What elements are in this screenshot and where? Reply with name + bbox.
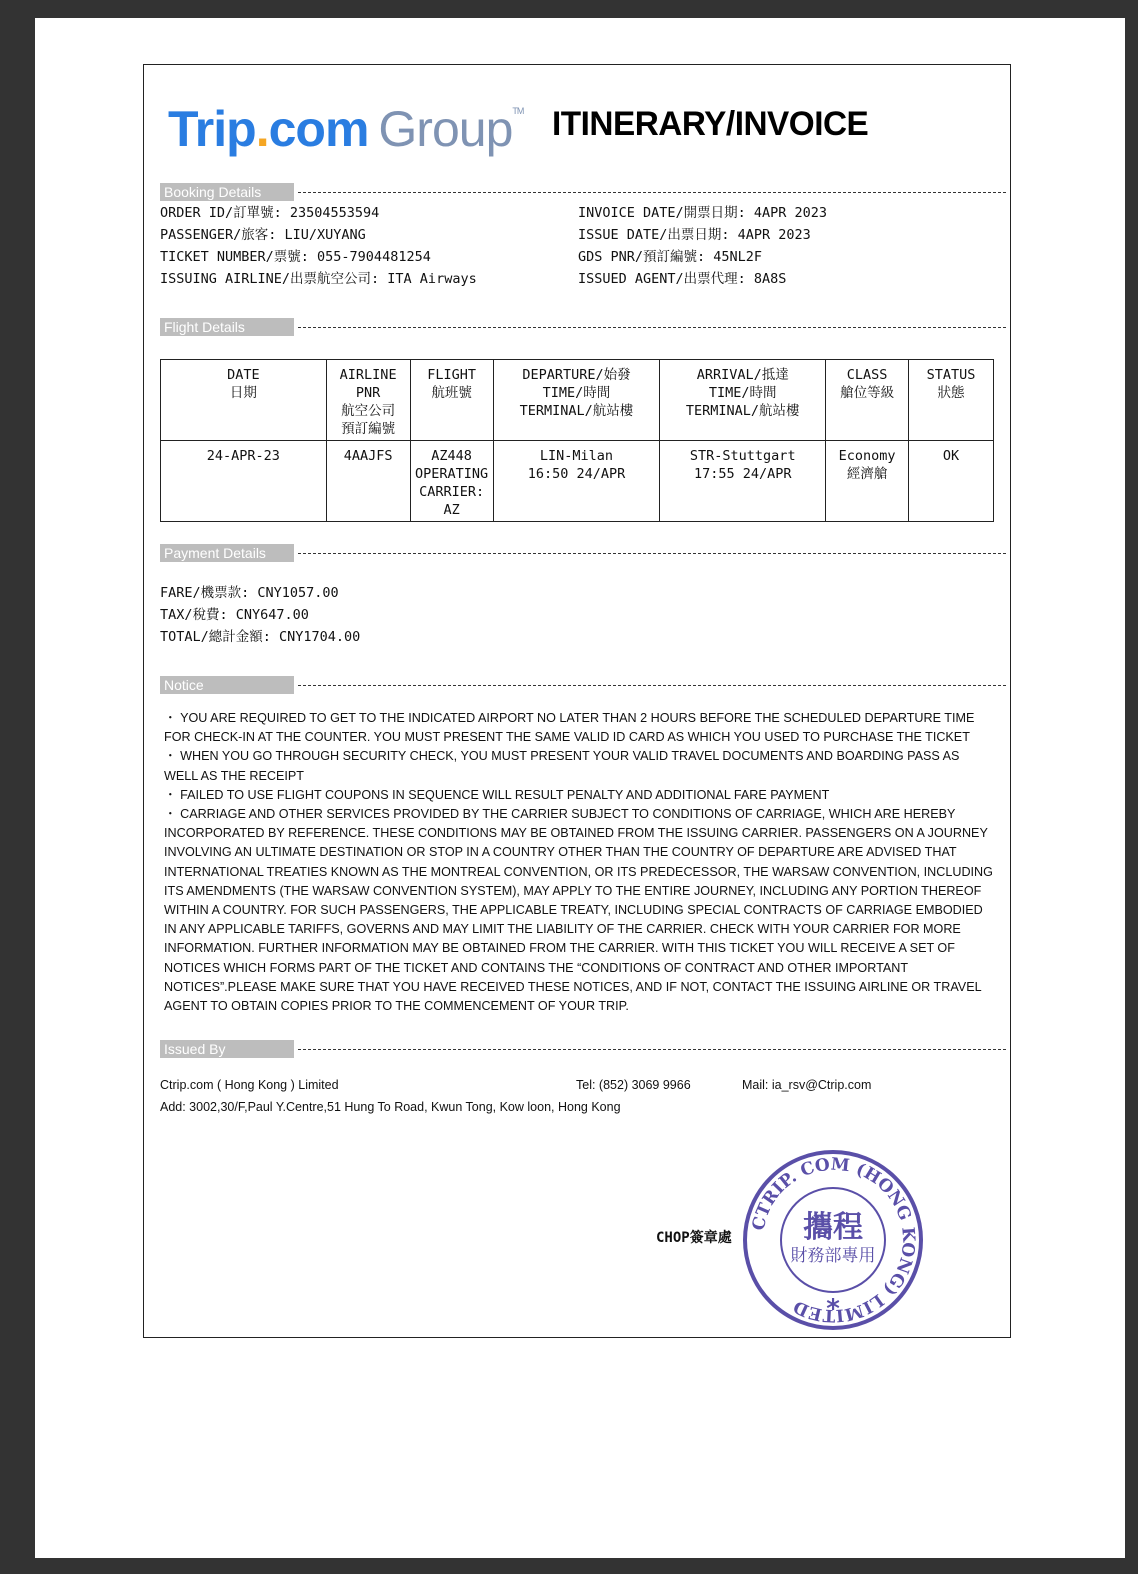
section-label: Notice [160, 676, 294, 694]
column-header: DATE日期 [161, 360, 327, 441]
column-header: DEPARTURE/始發TIME/時間TERMINAL/航站樓 [493, 360, 660, 441]
table-cell: OK [909, 441, 994, 522]
column-header: AIRLINEPNR航空公司預訂編號 [326, 360, 410, 441]
flight-table: DATE日期AIRLINEPNR航空公司預訂編號FLIGHT航班號DEPARTU… [160, 359, 994, 522]
issuer-company: Ctrip.com ( Hong Kong ) Limited [160, 1078, 339, 1092]
column-header: CLASS艙位等級 [826, 360, 909, 441]
table-cell: STR-Stuttgart17:55 24/APR [660, 441, 826, 522]
fare: FARE/機票款: CNY1057.00 [160, 581, 339, 601]
section-payment-details: Payment Details [160, 544, 988, 562]
dashed-divider [298, 553, 1006, 554]
section-issued-by: Issued By [160, 1040, 988, 1058]
document-title: ITINERARY/INVOICE [552, 105, 868, 144]
chop-label: CHOP簽章處 [656, 1227, 732, 1247]
trip-com-group-logo: Trip.comGroupTM [168, 83, 523, 157]
table-row: 24-APR-234AAJFSAZ448OPERATINGCARRIER:AZL… [161, 441, 994, 522]
dashed-divider [298, 1049, 1006, 1050]
svg-text:攜程: 攜程 [803, 1210, 863, 1245]
total: TOTAL/總計金額: CNY1704.00 [160, 625, 360, 645]
gds-pnr: GDS PNR/預訂編號: 45NL2F [578, 245, 762, 265]
logo-trademark: TM [512, 106, 523, 116]
section-label: Booking Details [160, 183, 294, 201]
section-label: Issued By [160, 1040, 294, 1058]
dashed-divider [298, 327, 1006, 328]
invoice-date: INVOICE DATE/開票日期: 4APR 2023 [578, 201, 827, 221]
table-cell: LIN-Milan16:50 24/APR [493, 441, 660, 522]
logo-com: com [269, 101, 369, 157]
issue-date: ISSUE DATE/出票日期: 4APR 2023 [578, 223, 811, 243]
order-id: ORDER ID/訂單號: 23504553594 [160, 201, 379, 221]
notice-item: ・ YOU ARE REQUIRED TO GET TO THE INDICAT… [164, 709, 996, 747]
table-body: 24-APR-234AAJFSAZ448OPERATINGCARRIER:AZL… [161, 441, 994, 522]
logo-dot: . [256, 101, 269, 157]
logo-trip: Trip [168, 101, 256, 157]
document-page: Trip.comGroupTM ITINERARY/INVOICE Bookin… [35, 18, 1125, 1558]
dashed-divider [298, 192, 1006, 193]
dashed-divider [298, 685, 1006, 686]
issued-agent: ISSUED AGENT/出票代理: 8A8S [578, 267, 786, 287]
notice-item: ・ FAILED TO USE FLIGHT COUPONS IN SEQUEN… [164, 786, 996, 805]
column-header: STATUS狀態 [909, 360, 994, 441]
notice-item: ・ CARRIAGE AND OTHER SERVICES PROVIDED B… [164, 805, 996, 1016]
invoice-frame: Trip.comGroupTM ITINERARY/INVOICE Bookin… [143, 64, 1011, 1338]
section-booking-details: Booking Details [160, 183, 988, 201]
ticket-number: TICKET NUMBER/票號: 055-7904481254 [160, 245, 431, 265]
logo-group: Group [378, 101, 512, 157]
notice-text: ・ YOU ARE REQUIRED TO GET TO THE INDICAT… [164, 709, 996, 1016]
issuer-address: Add: 3002,30/F,Paul Y.Centre,51 Hung To … [160, 1100, 621, 1114]
section-flight-details: Flight Details [160, 318, 988, 336]
table-cell: AZ448OPERATINGCARRIER:AZ [410, 441, 493, 522]
issuer-mail: Mail: ia_rsv@Ctrip.com [742, 1078, 871, 1092]
column-header: ARRIVAL/抵達TIME/時間TERMINAL/航站樓 [660, 360, 826, 441]
section-notice: Notice [160, 676, 988, 694]
issuing-airline: ISSUING AIRLINE/出票航空公司: ITA Airways [160, 267, 477, 287]
section-label: Flight Details [160, 318, 294, 336]
issuer-tel: Tel: (852) 3069 9966 [576, 1078, 691, 1092]
svg-text:*: * [826, 1294, 840, 1324]
company-seal-stamp: CTRIP. COM (HONG KONG) LIMITED 攜程 財務部專用 … [742, 1149, 924, 1331]
table-cell: 24-APR-23 [161, 441, 327, 522]
table-cell: Economy經濟艙 [826, 441, 909, 522]
section-label: Payment Details [160, 544, 294, 562]
tax: TAX/稅費: CNY647.00 [160, 603, 309, 623]
table-cell: 4AAJFS [326, 441, 410, 522]
notice-item: ・ WHEN YOU GO THROUGH SECURITY CHECK, YO… [164, 747, 996, 785]
table-header-row: DATE日期AIRLINEPNR航空公司預訂編號FLIGHT航班號DEPARTU… [161, 360, 994, 441]
column-header: FLIGHT航班號 [410, 360, 493, 441]
passenger: PASSENGER/旅客: LIU/XUYANG [160, 223, 366, 243]
svg-text:財務部專用: 財務部專用 [791, 1246, 876, 1266]
